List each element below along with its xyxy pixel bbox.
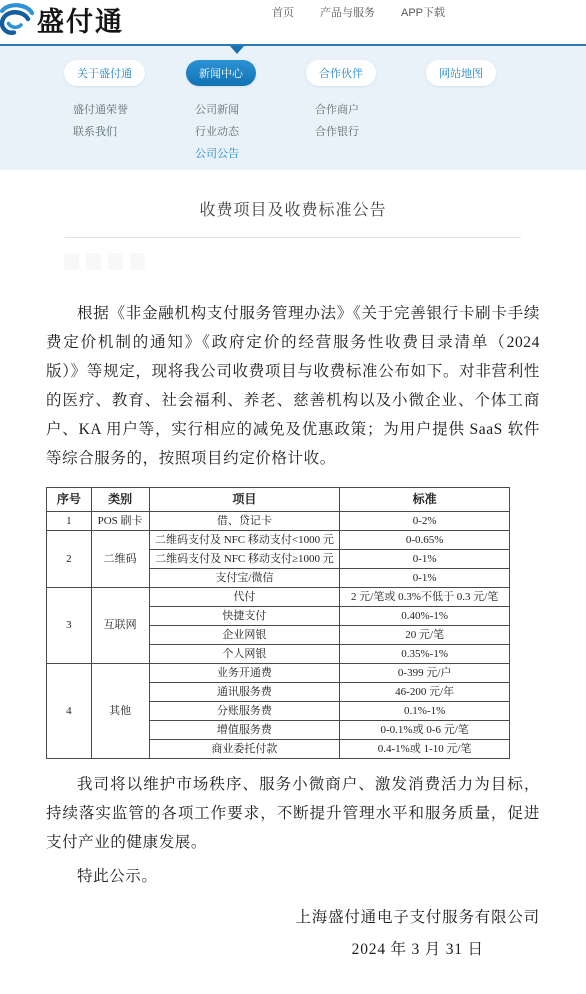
announcement-article: 收费项目及收费标准公告 根据《非金融机构支付服务管理办法》《关于完善银行卡刷卡手…: [0, 197, 586, 965]
menu-item-honors[interactable]: 盛付通荣誉: [73, 99, 145, 121]
shengpay-logo-icon: [0, 2, 35, 42]
table-cell: 通讯服务费: [149, 683, 340, 702]
table-cell: 支付宝/微信: [149, 569, 340, 588]
table-cell: 3: [47, 588, 92, 664]
table-cell: 二维码支付及 NFC 移动支付≥1000 元: [149, 550, 340, 569]
page: { "header": { "logo_text": "盛付通", "nav":…: [0, 0, 586, 994]
announcement-date: 2024 年 3 月 31 日: [295, 935, 540, 965]
table-cell: 0-0.65%: [340, 531, 510, 550]
menu-column-partners: 合作伙伴 合作商户 合作银行: [306, 60, 376, 143]
menu-item-company-news[interactable]: 公司新闻: [195, 99, 256, 121]
menu-pointer-arrow-icon: [230, 46, 244, 54]
table-header-cell: 标准: [340, 488, 510, 512]
site-header: 盛付通 首页 产品与服务 APP下载: [0, 0, 586, 46]
logo-text: 盛付通: [37, 9, 124, 36]
table-cell: POS 刷卡: [91, 512, 149, 531]
table-row: 1POS 刷卡借、贷记卡0-2%: [47, 512, 510, 531]
table-cell: 代付: [149, 588, 340, 607]
table-cell: 分账服务费: [149, 702, 340, 721]
fee-standards-table: 序号类别项目标准1POS 刷卡借、贷记卡0-2%2二维码二维码支付及 NFC 移…: [46, 487, 510, 759]
table-cell: 1: [47, 512, 92, 531]
menu-column-news: 新闻中心 公司新闻 行业动态 公司公告: [186, 60, 256, 165]
table-cell: 二维码: [91, 531, 149, 588]
menu-item-industry-trends[interactable]: 行业动态: [195, 121, 256, 143]
table-cell: 2 元/笔或 0.3%不低于 0.3 元/笔: [340, 588, 510, 607]
table-cell: 2: [47, 531, 92, 588]
table-cell: 其他: [91, 664, 149, 759]
table-cell: 46-200 元/年: [340, 683, 510, 702]
table-cell: 二维码支付及 NFC 移动支付<1000 元: [149, 531, 340, 550]
menu-item-partner-banks[interactable]: 合作银行: [315, 121, 376, 143]
table-cell: 20 元/笔: [340, 626, 510, 645]
page-title: 收费项目及收费标准公告: [46, 197, 540, 220]
table-cell: 0-2%: [340, 512, 510, 531]
closing-paragraph: 我司将以维护市场秩序、服务小微商户、激发消费活力为目标，持续落实监管的各项工作要…: [46, 770, 540, 857]
table-header-cell: 序号: [47, 488, 92, 512]
top-nav: 首页 产品与服务 APP下载: [272, 0, 445, 24]
menu-item-company-announcements[interactable]: 公司公告: [195, 143, 256, 165]
title-divider: [65, 237, 521, 238]
table-row: 4其他业务开通费0-399 元/户: [47, 664, 510, 683]
menu-pill-news-center[interactable]: 新闻中心: [186, 60, 256, 86]
table-header-cell: 类别: [91, 488, 149, 512]
nav-products-services[interactable]: 产品与服务: [320, 4, 375, 20]
table-cell: 0-0.1%或 0-6 元/笔: [340, 721, 510, 740]
table-cell: 企业网银: [149, 626, 340, 645]
table-cell: 快捷支付: [149, 607, 340, 626]
menu-pill-about[interactable]: 关于盛付通: [64, 60, 145, 86]
nav-home[interactable]: 首页: [272, 4, 294, 20]
menu-pill-partners[interactable]: 合作伙伴: [306, 60, 376, 86]
table-cell: 0-399 元/户: [340, 664, 510, 683]
menu-item-contact-us[interactable]: 联系我们: [73, 121, 145, 143]
table-cell: 0.40%-1%: [340, 607, 510, 626]
menu-item-partner-merchants[interactable]: 合作商户: [315, 99, 376, 121]
table-cell: 0-1%: [340, 550, 510, 569]
shengpay-logo[interactable]: 盛付通: [0, 2, 124, 42]
mega-menu-panel: 关于盛付通 盛付通荣誉 联系我们 新闻中心 公司新闻 行业动态 公司公告 合作伙…: [0, 46, 586, 170]
intro-paragraph: 根据《非金融机构支付服务管理办法》《关于完善银行卡刷卡手续费定价机制的通知》《政…: [46, 299, 540, 473]
signature-block: 上海盛付通电子支付服务有限公司 2024 年 3 月 31 日: [46, 903, 540, 965]
table-cell: 借、贷记卡: [149, 512, 340, 531]
table-cell: 增值服务费: [149, 721, 340, 740]
table-row: 3互联网代付2 元/笔或 0.3%不低于 0.3 元/笔: [47, 588, 510, 607]
table-cell: 业务开通费: [149, 664, 340, 683]
table-cell: 0.4-1%或 1-10 元/笔: [340, 740, 510, 759]
table-row: 2二维码二维码支付及 NFC 移动支付<1000 元0-0.65%: [47, 531, 510, 550]
notice-line: 特此公示。: [46, 862, 540, 891]
menu-column-about: 关于盛付通 盛付通荣誉 联系我们: [64, 60, 145, 143]
company-signature: 上海盛付通电子支付服务有限公司: [295, 903, 540, 933]
table-cell: 0-1%: [340, 569, 510, 588]
table-cell: 4: [47, 664, 92, 759]
table-cell: 个人网银: [149, 645, 340, 664]
table-header-cell: 项目: [149, 488, 340, 512]
table-cell: 0.35%-1%: [340, 645, 510, 664]
table-cell: 0.1%-1%: [340, 702, 510, 721]
table-cell: 商业委托付款: [149, 740, 340, 759]
table-cell: 互联网: [91, 588, 149, 664]
faint-meta-marks: [64, 253, 540, 275]
menu-pill-sitemap[interactable]: 网站地图: [426, 60, 496, 86]
menu-column-sitemap: 网站地图: [426, 60, 496, 86]
nav-app-download[interactable]: APP下载: [401, 4, 445, 20]
